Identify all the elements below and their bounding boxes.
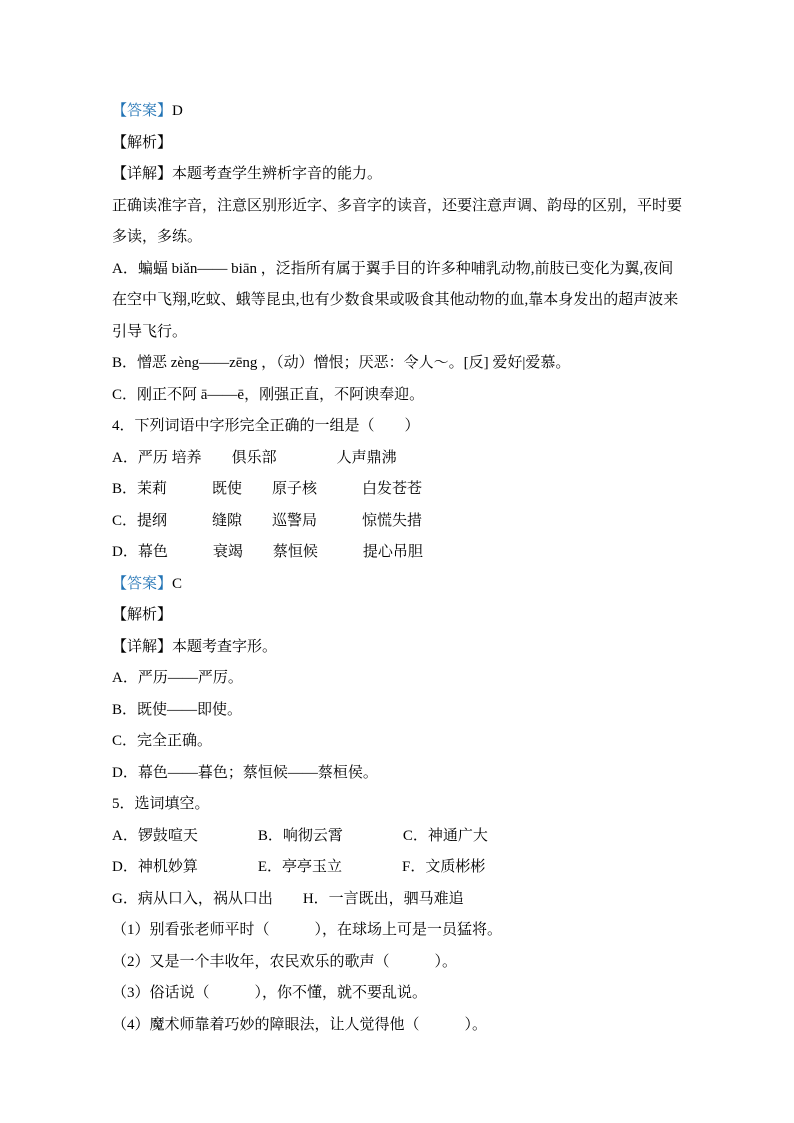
q4-explanation-d: D．幕色——暮色；蔡恒候——蔡桓侯。 <box>112 758 682 790</box>
q4-option-d: D．幕色 衰竭 蔡恒候 提心吊胆 <box>112 537 682 569</box>
q3-option-c-explanation: C．刚正不阿 ā——ē，刚强正直，不阿谀奉迎。 <box>112 380 682 412</box>
q5-blank-sentence-1: （1）别看张老师平时（ ），在球场上可是一员猛将。 <box>112 915 682 947</box>
q4-answer-value: C <box>172 576 182 592</box>
q3-answer-value: D <box>172 103 183 119</box>
q5-blank-sentence-3: （3）俗话说（ ），你不懂，就不要乱说。 <box>112 978 682 1010</box>
q3-reading-tip: 正确读准字音，注意区别形近字、多音字的读音，还要注意声调、韵母的区别，平时要多读… <box>112 191 682 254</box>
q4-option-c: C．提纲 缝隙 巡警局 惊慌失措 <box>112 506 682 538</box>
q4-explanation-a: A．严历——严厉。 <box>112 663 682 695</box>
q3-option-b-explanation: B．憎恶 zèng——zēng ，（动）憎恨；厌恶：令人～。[反] 爱好|爱慕。 <box>112 348 682 380</box>
q5-word-row-1: A．锣鼓喧天 B．响彻云霄 C．神通广大 <box>112 821 682 853</box>
q4-answer-label: 【答案】 <box>112 576 172 592</box>
q3-analysis-label: 【解析】 <box>112 128 682 160</box>
q4-analysis-label: 【解析】 <box>112 600 682 632</box>
document-page: 【答案】D 【解析】 【详解】本题考查学生辨析字音的能力。 正确读准字音，注意区… <box>0 0 794 1123</box>
q3-answer-line: 【答案】D <box>112 96 682 128</box>
q3-detail: 【详解】本题考查学生辨析字音的能力。 <box>112 159 682 191</box>
q5-blank-sentence-4: （4）魔术师靠着巧妙的障眼法，让人觉得他（ ）。 <box>112 1010 682 1042</box>
document-content: 【答案】D 【解析】 【详解】本题考查学生辨析字音的能力。 正确读准字音，注意区… <box>0 0 794 1041</box>
q4-answer-line: 【答案】C <box>112 569 682 601</box>
q5-blank-sentence-2: （2）又是一个丰收年，农民欢乐的歌声（ ）。 <box>112 947 682 979</box>
q5-word-row-2: D．神机妙算 E．亭亭玉立 F．文质彬彬 <box>112 852 682 884</box>
q4-explanation-b: B．既使——即使。 <box>112 695 682 727</box>
q5-word-row-3: G．病从口入，祸从口出 H．一言既出，驷马难追 <box>112 884 682 916</box>
q4-detail: 【详解】本题考查字形。 <box>112 632 682 664</box>
q4-option-a: A．严历 培养 俱乐部 人声鼎沸 <box>112 443 682 475</box>
q4-explanation-c: C．完全正确。 <box>112 726 682 758</box>
q4-stem: 4．下列词语中字形完全正确的一组是（ ） <box>112 411 682 443</box>
q5-stem: 5．选词填空。 <box>112 789 682 821</box>
q3-answer-label: 【答案】 <box>112 103 172 119</box>
q3-option-a-explanation: A．蝙蝠 biǎn—— biān ，泛指所有属于翼手目的许多种哺乳动物,前肢已变… <box>112 254 682 349</box>
q4-option-b: B．茉莉 既使 原子核 白发苍苍 <box>112 474 682 506</box>
